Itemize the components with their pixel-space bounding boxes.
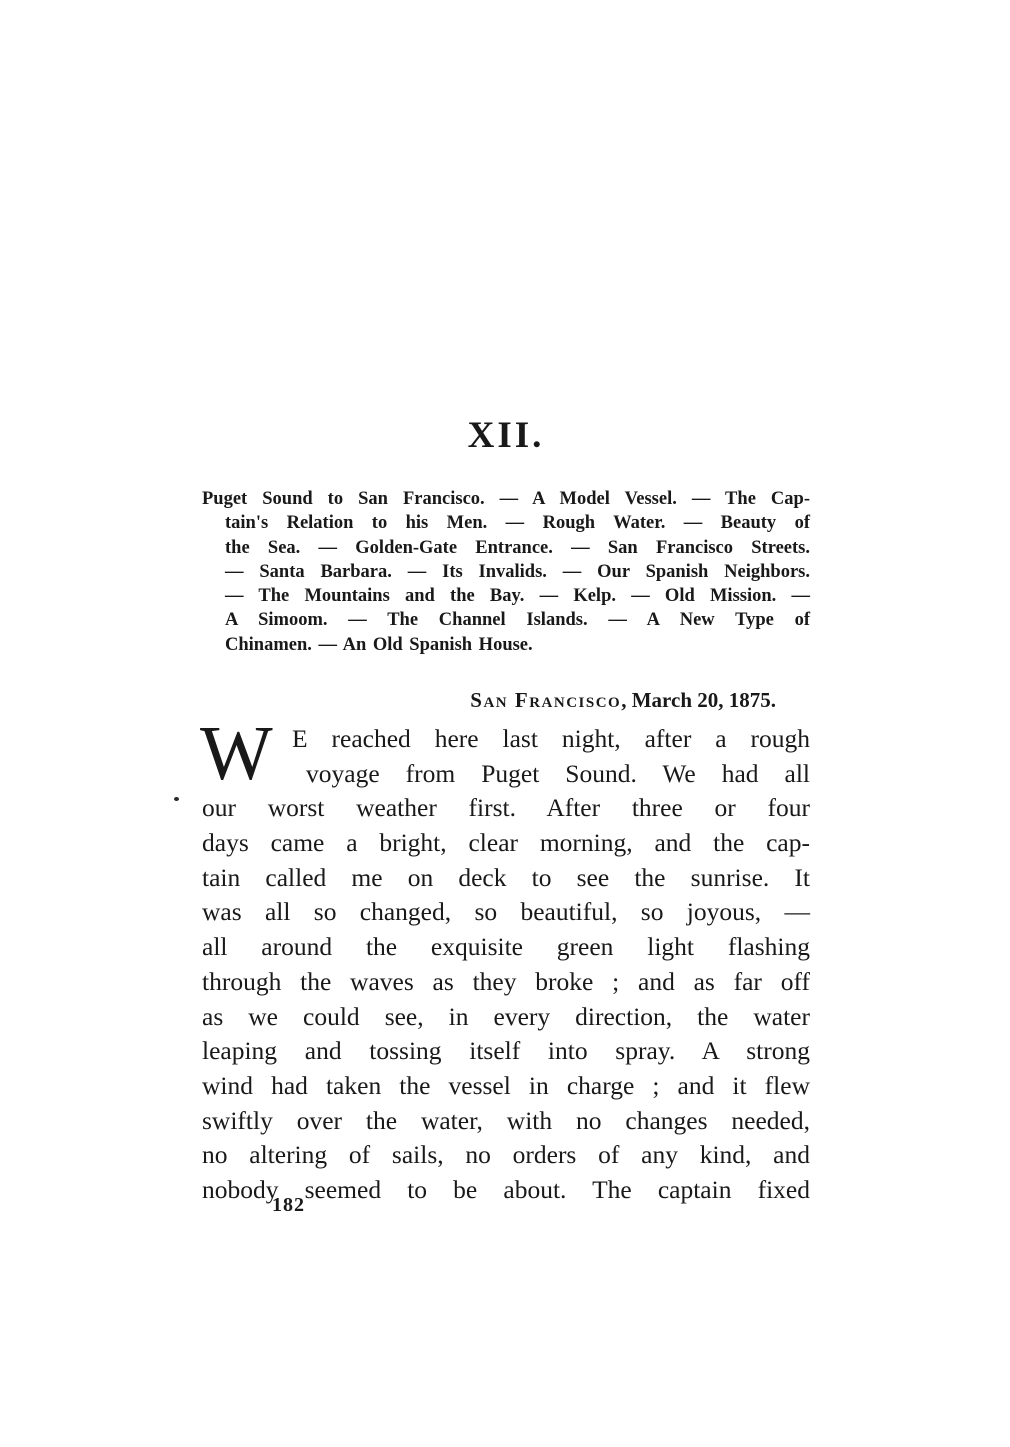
body-line: days came a bright, clear morning, and t…	[202, 826, 810, 861]
body-line: was all so changed, so beautiful, so joy…	[202, 895, 810, 930]
dateline: San Francisco, March 20, 1875.	[202, 688, 810, 713]
body-line: leaping and tossing itself into spray. A…	[202, 1034, 810, 1069]
body-line: our worst weather first. After three or …	[202, 791, 810, 826]
dateline-date: , March 20, 1875.	[621, 688, 776, 712]
book-page: XII. Puget Sound to San Francisco. — A M…	[0, 0, 1010, 1447]
chapter-summary-line: tain's Relation to his Men. — Rough Wate…	[202, 511, 810, 535]
body-line: all around the exquisite green light fla…	[202, 930, 810, 965]
body-paragraph: W E reached here last night, after a rou…	[202, 722, 810, 1208]
chapter-summary-line: A Simoom. — The Channel Islands. — A New…	[202, 608, 810, 632]
drop-cap: W	[200, 715, 273, 792]
scan-speck	[174, 797, 179, 801]
chapter-heading: XII.	[202, 416, 810, 456]
body-line: tain called me on deck to see the sunris…	[202, 861, 810, 896]
chapter-summary-line: Chinamen. — An Old Spanish House.	[202, 633, 810, 657]
chapter-summary: Puget Sound to San Francisco. — A Model …	[202, 487, 810, 657]
body-line: wind had taken the vessel in charge ; an…	[202, 1069, 810, 1104]
body-line: through the waves as they broke ; and as…	[202, 965, 810, 1000]
chapter-summary-line: Puget Sound to San Francisco. — A Model …	[202, 487, 810, 511]
chapter-summary-line: — Santa Barbara. — Its Invalids. — Our S…	[202, 560, 810, 584]
body-line: as we could see, in every direction, the…	[202, 1000, 810, 1035]
body-line: no altering of sails, no orders of any k…	[202, 1138, 810, 1173]
dateline-place: San Francisco	[470, 688, 621, 712]
body-line: E reached here last night, after a rough	[202, 722, 810, 757]
chapter-summary-line: — The Mountains and the Bay. — Kelp. — O…	[202, 584, 810, 608]
chapter-summary-line: the Sea. — Golden-Gate Entrance. — San F…	[202, 536, 810, 560]
body-line: swiftly over the water, with no changes …	[202, 1104, 810, 1139]
page-number: 182	[272, 1194, 305, 1217]
body-line: voyage from Puget Sound. We had all	[202, 757, 810, 792]
